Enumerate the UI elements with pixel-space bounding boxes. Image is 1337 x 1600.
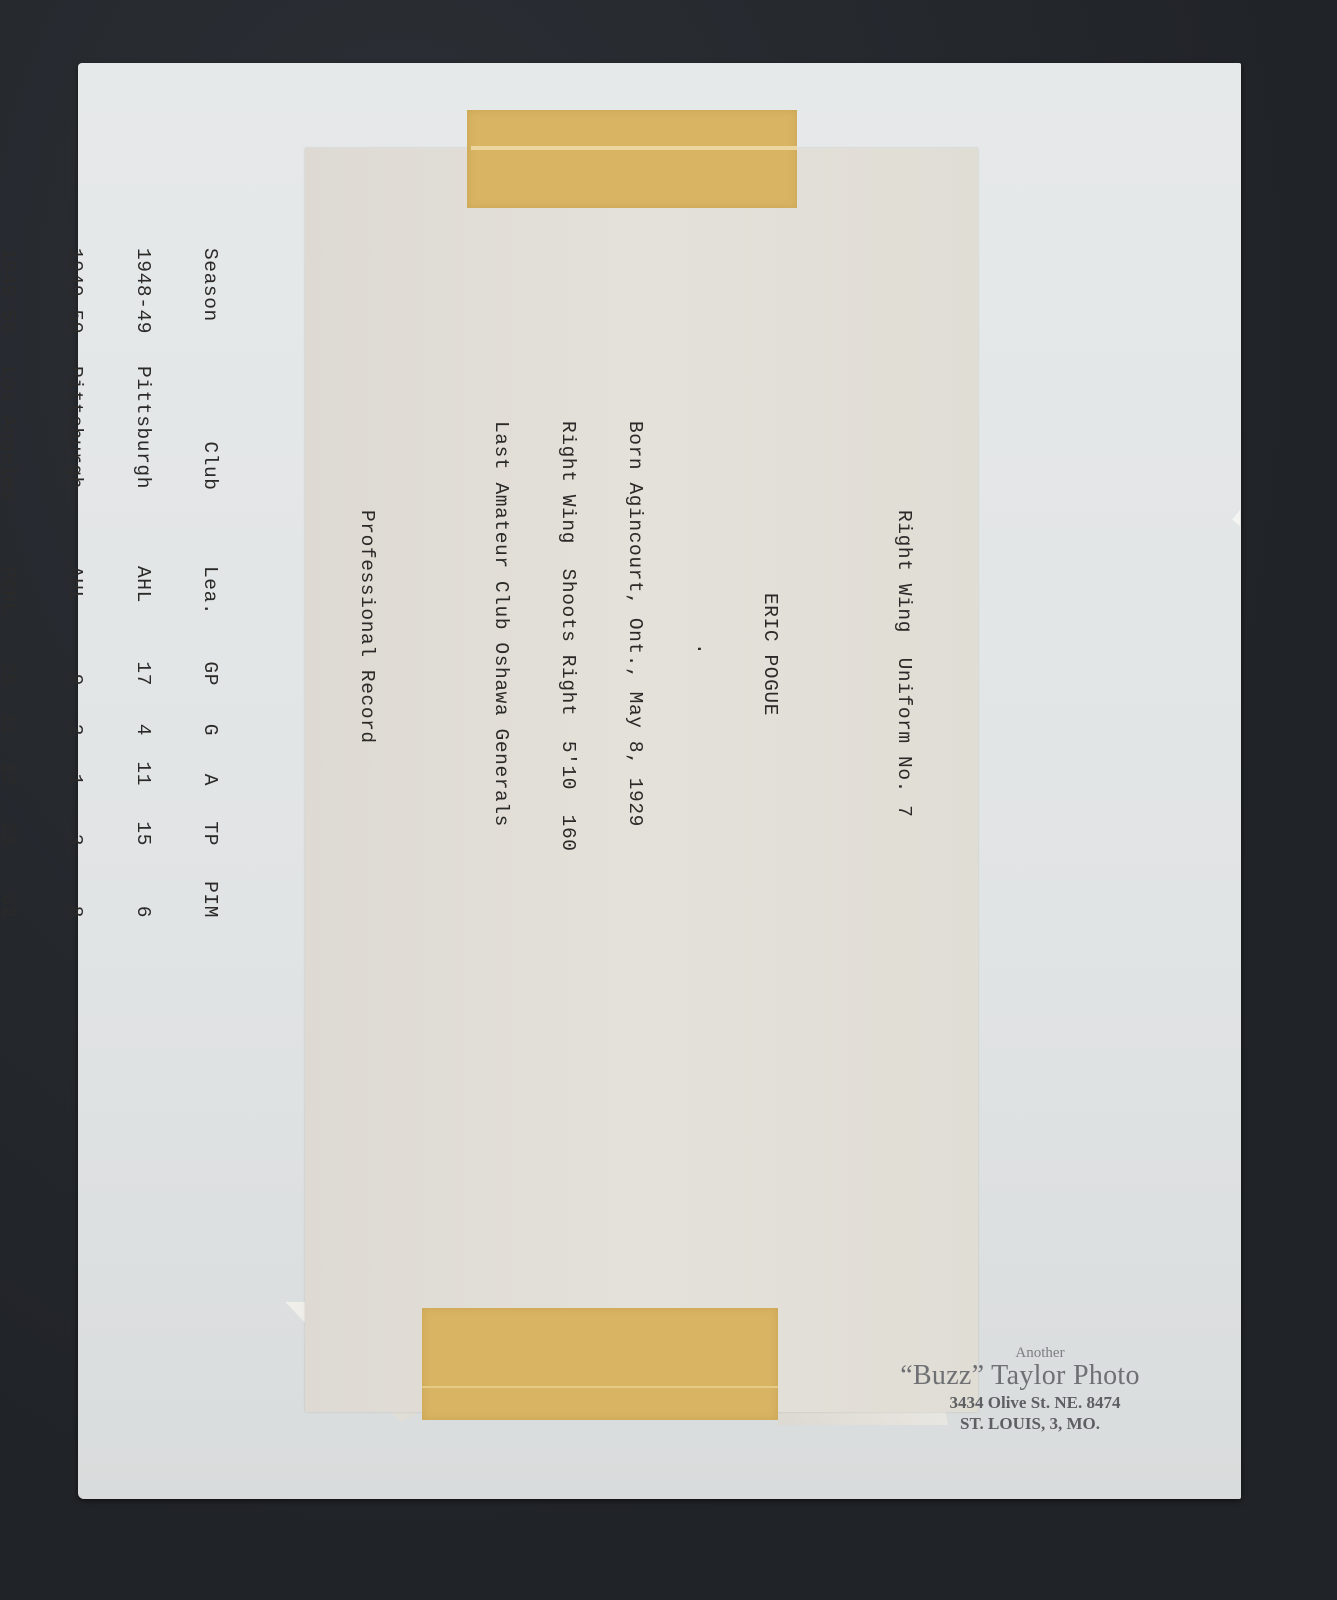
col-league: Lea. (198, 566, 220, 636)
col-pim: PIM (198, 846, 220, 918)
col-g: G (198, 686, 220, 736)
name-dot: . (691, 248, 713, 1308)
stamp-address: 3434 Olive St. NE. 8474 (870, 1393, 1200, 1413)
record-title: Professional Record (355, 248, 377, 1308)
stats-table-header: Season Club Lea. GP G A TP PIM (198, 248, 220, 1308)
stamp-brand: “Buzz” Taylor Photo (840, 1360, 1200, 1392)
col-tp: TP (198, 786, 220, 846)
col-gp: GP (198, 636, 220, 686)
col-club: Club (198, 366, 220, 566)
bio-line-position: Right Wing Shoots Right 5'10 160 (557, 248, 579, 1308)
header-line: Right Wing Uniform No. 7 (893, 248, 915, 1308)
bio-line-amateur-club: Last Amateur Club Oshawa Generals (490, 248, 512, 1308)
col-season: Season (198, 248, 220, 366)
table-row: 1948-49 Pittsburgh AHL 17 4 11 15 6 (131, 248, 153, 1308)
photographer-stamp: Another “Buzz” Taylor Photo 3434 Olive S… (840, 1345, 1200, 1434)
typed-text-block: Right Wing Uniform No. 7 ERIC POGUE . Bo… (340, 248, 960, 1308)
tape-strip-top (467, 110, 797, 208)
table-row: 1949-50 Pittsburgh AHL 9 2 1 3 8 (64, 248, 86, 1308)
bio-line-birth: Born Agincourt, Ont., May 8, 1929 (624, 248, 646, 1308)
tape-strip-bottom (422, 1308, 778, 1420)
table-row: 1949-50 Los Angeles PCHL 25 11 12 23 62 (0, 248, 19, 1308)
player-name: ERIC POGUE (758, 248, 780, 1308)
col-a: A (198, 736, 220, 786)
stamp-city: ST. LOUIS, 3, MO. (860, 1414, 1200, 1434)
